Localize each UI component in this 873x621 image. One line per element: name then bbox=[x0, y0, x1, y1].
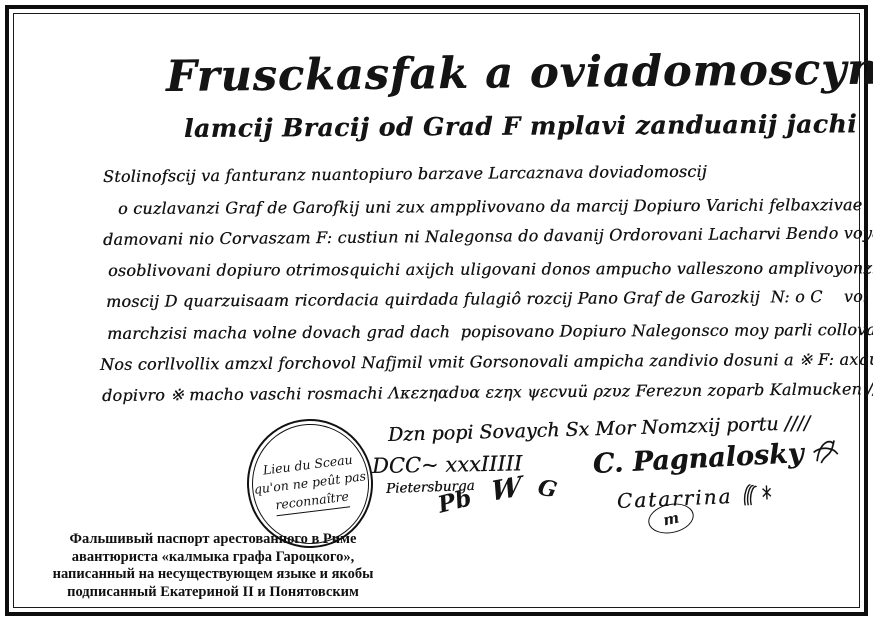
manuscript-body-line: dopivro ※ macho vaschi rosmachi Λκεzηαdυ… bbox=[102, 379, 873, 405]
catarrina-flourish-icon bbox=[738, 480, 775, 513]
manuscript-body-line: damovani nio Corvaszam F: custiun ni Nal… bbox=[103, 223, 873, 249]
signature-pagnalosky-text: C. Pagnalosky bbox=[592, 438, 804, 480]
manuscript-title-line1: Frusckasfak a oviadomoscynez bbox=[166, 44, 873, 102]
scanned-book-page: Frusckasfak a oviadomoscynez lamcij Brac… bbox=[0, 0, 873, 621]
g-scribble-icon: G bbox=[536, 474, 560, 503]
stamp-monogram-letter: m bbox=[661, 508, 680, 529]
manuscript-title-line2: lamcij Bracij od Grad F mplavi zanduanij… bbox=[184, 109, 857, 143]
caption-line: подписанный Екатериной II и Понятовским bbox=[30, 584, 396, 602]
caption-line: написанный на несуществующем языке и яко… bbox=[30, 566, 396, 584]
caption-line: Фальшивый паспорт арестованного в Риме bbox=[30, 531, 396, 549]
caption-line: авантюриста «калмыка графа Гароцкого», bbox=[30, 549, 396, 567]
manuscript-body-line: osoblivovani dopiuro otrimosquichi axijc… bbox=[108, 258, 873, 280]
caption-block: Фальшивый паспорт арестованного в Риме а… bbox=[30, 531, 396, 601]
manuscript-body-line: marchzisi macha volne dovach grad dach p… bbox=[107, 319, 873, 343]
pagnalosky-flourish-icon bbox=[809, 434, 841, 473]
signature-pagnalosky: C. Pagnalosky bbox=[592, 434, 840, 484]
manuscript-body-line: o cuzlavanzi Graf de Garofkij uni zux am… bbox=[118, 195, 862, 218]
manuscript-body-line: moscij D quarzuisaam ricordacia quirdada… bbox=[106, 287, 868, 311]
manuscript-body-line: Nos corllvollix amzxl forchovol Nafjmil … bbox=[100, 349, 873, 374]
manuscript-body-line: Stolinofscij va fanturanz nuantopiuro ba… bbox=[103, 162, 707, 186]
w-flourish-icon: W bbox=[491, 471, 522, 508]
signature-catarrina: Catarrina bbox=[616, 480, 775, 518]
